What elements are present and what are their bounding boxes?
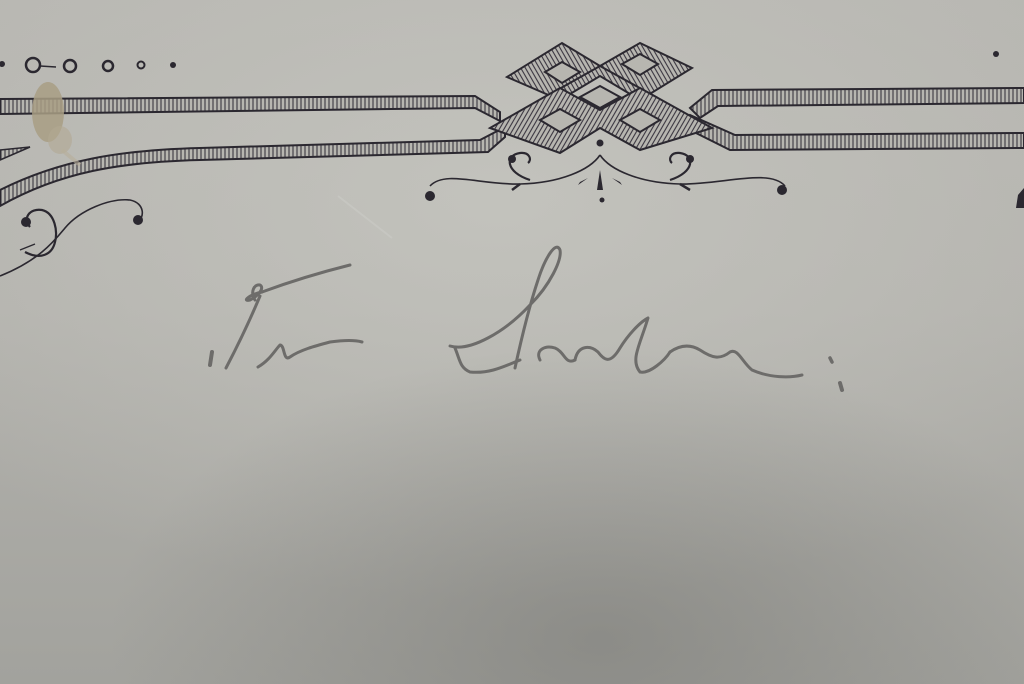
scroll-flourish-center — [430, 153, 785, 190]
border-band-upper-left — [0, 96, 500, 121]
flourish-left-dots — [21, 188, 1024, 227]
paper-stain — [32, 82, 80, 165]
dot-row-ornament — [0, 51, 999, 72]
scroll-flourish-left — [0, 200, 142, 276]
ornament-and-handwriting — [0, 0, 1024, 684]
handwriting-to-sadie — [210, 247, 842, 390]
border-band-upper-right — [690, 88, 1024, 118]
border-band-lower-right — [680, 115, 1024, 150]
interlaced-knot-ornament — [490, 43, 712, 153]
paper-scratch — [338, 196, 392, 238]
